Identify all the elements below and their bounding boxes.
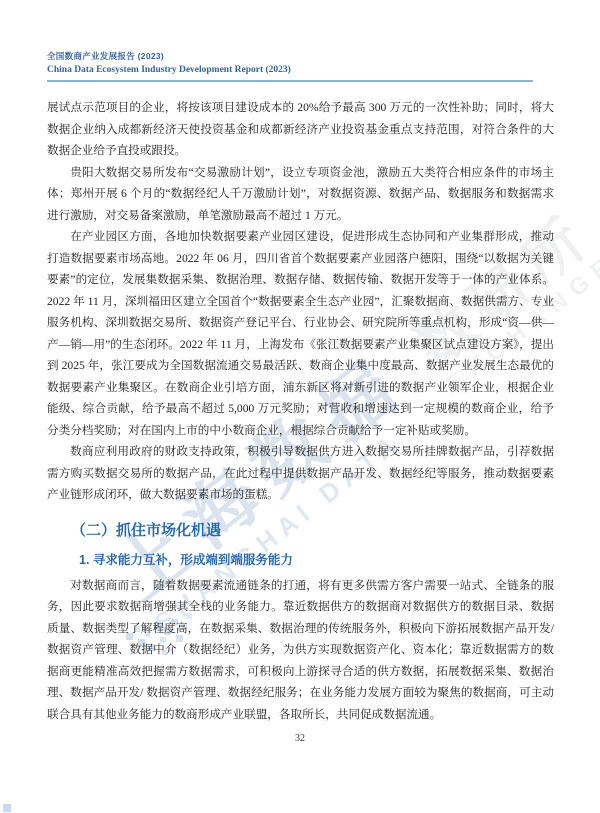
page-header: 全国数商产业发展报告 (2023) China Data Ecosystem I…	[47, 50, 554, 82]
page-number: 32	[0, 733, 600, 744]
paragraph-4: 数商应利用政府的财政支持政策，积极引导数据供方进入数据交易所挂牌数据产品，引荐数…	[47, 441, 554, 506]
paragraph-3: 在产业园区方面，各地加快数据要素产业园区建设，促进形成生态协同和产业集群形成，推…	[47, 226, 554, 441]
paragraph-1: 展试点示范项目的企业，将按该项目建设成本的 20%给予最高 300 万元的一次性…	[47, 97, 554, 162]
header-rule	[47, 80, 533, 82]
section-heading: （二）抓住市场化机遇	[47, 519, 554, 542]
document-page: 上海数据 SHANGHAI DATA 数研所 EXCHANGE 全国数商产业发展…	[0, 0, 600, 813]
paragraph-5: 对数据商而言，随着数据要素流通链条的打通，将有更多供需方客户需要一站式、全链条的…	[47, 575, 554, 726]
report-title-en: China Data Ecosystem Industry Developmen…	[47, 65, 554, 75]
paragraph-2: 贵阳大数据交易所发布“交易激励计划”，设立专项资金池，激励五大类符合相应条件的市…	[47, 162, 554, 227]
subsection-heading: 1. 寻求能力互补，形成端到端服务能力	[47, 551, 554, 570]
corner-pixel-watermark	[3, 804, 11, 812]
report-title-zh: 全国数商产业发展报告 (2023)	[47, 50, 554, 62]
body-text: 展试点示范项目的企业，将按该项目建设成本的 20%给予最高 300 万元的一次性…	[47, 97, 554, 725]
